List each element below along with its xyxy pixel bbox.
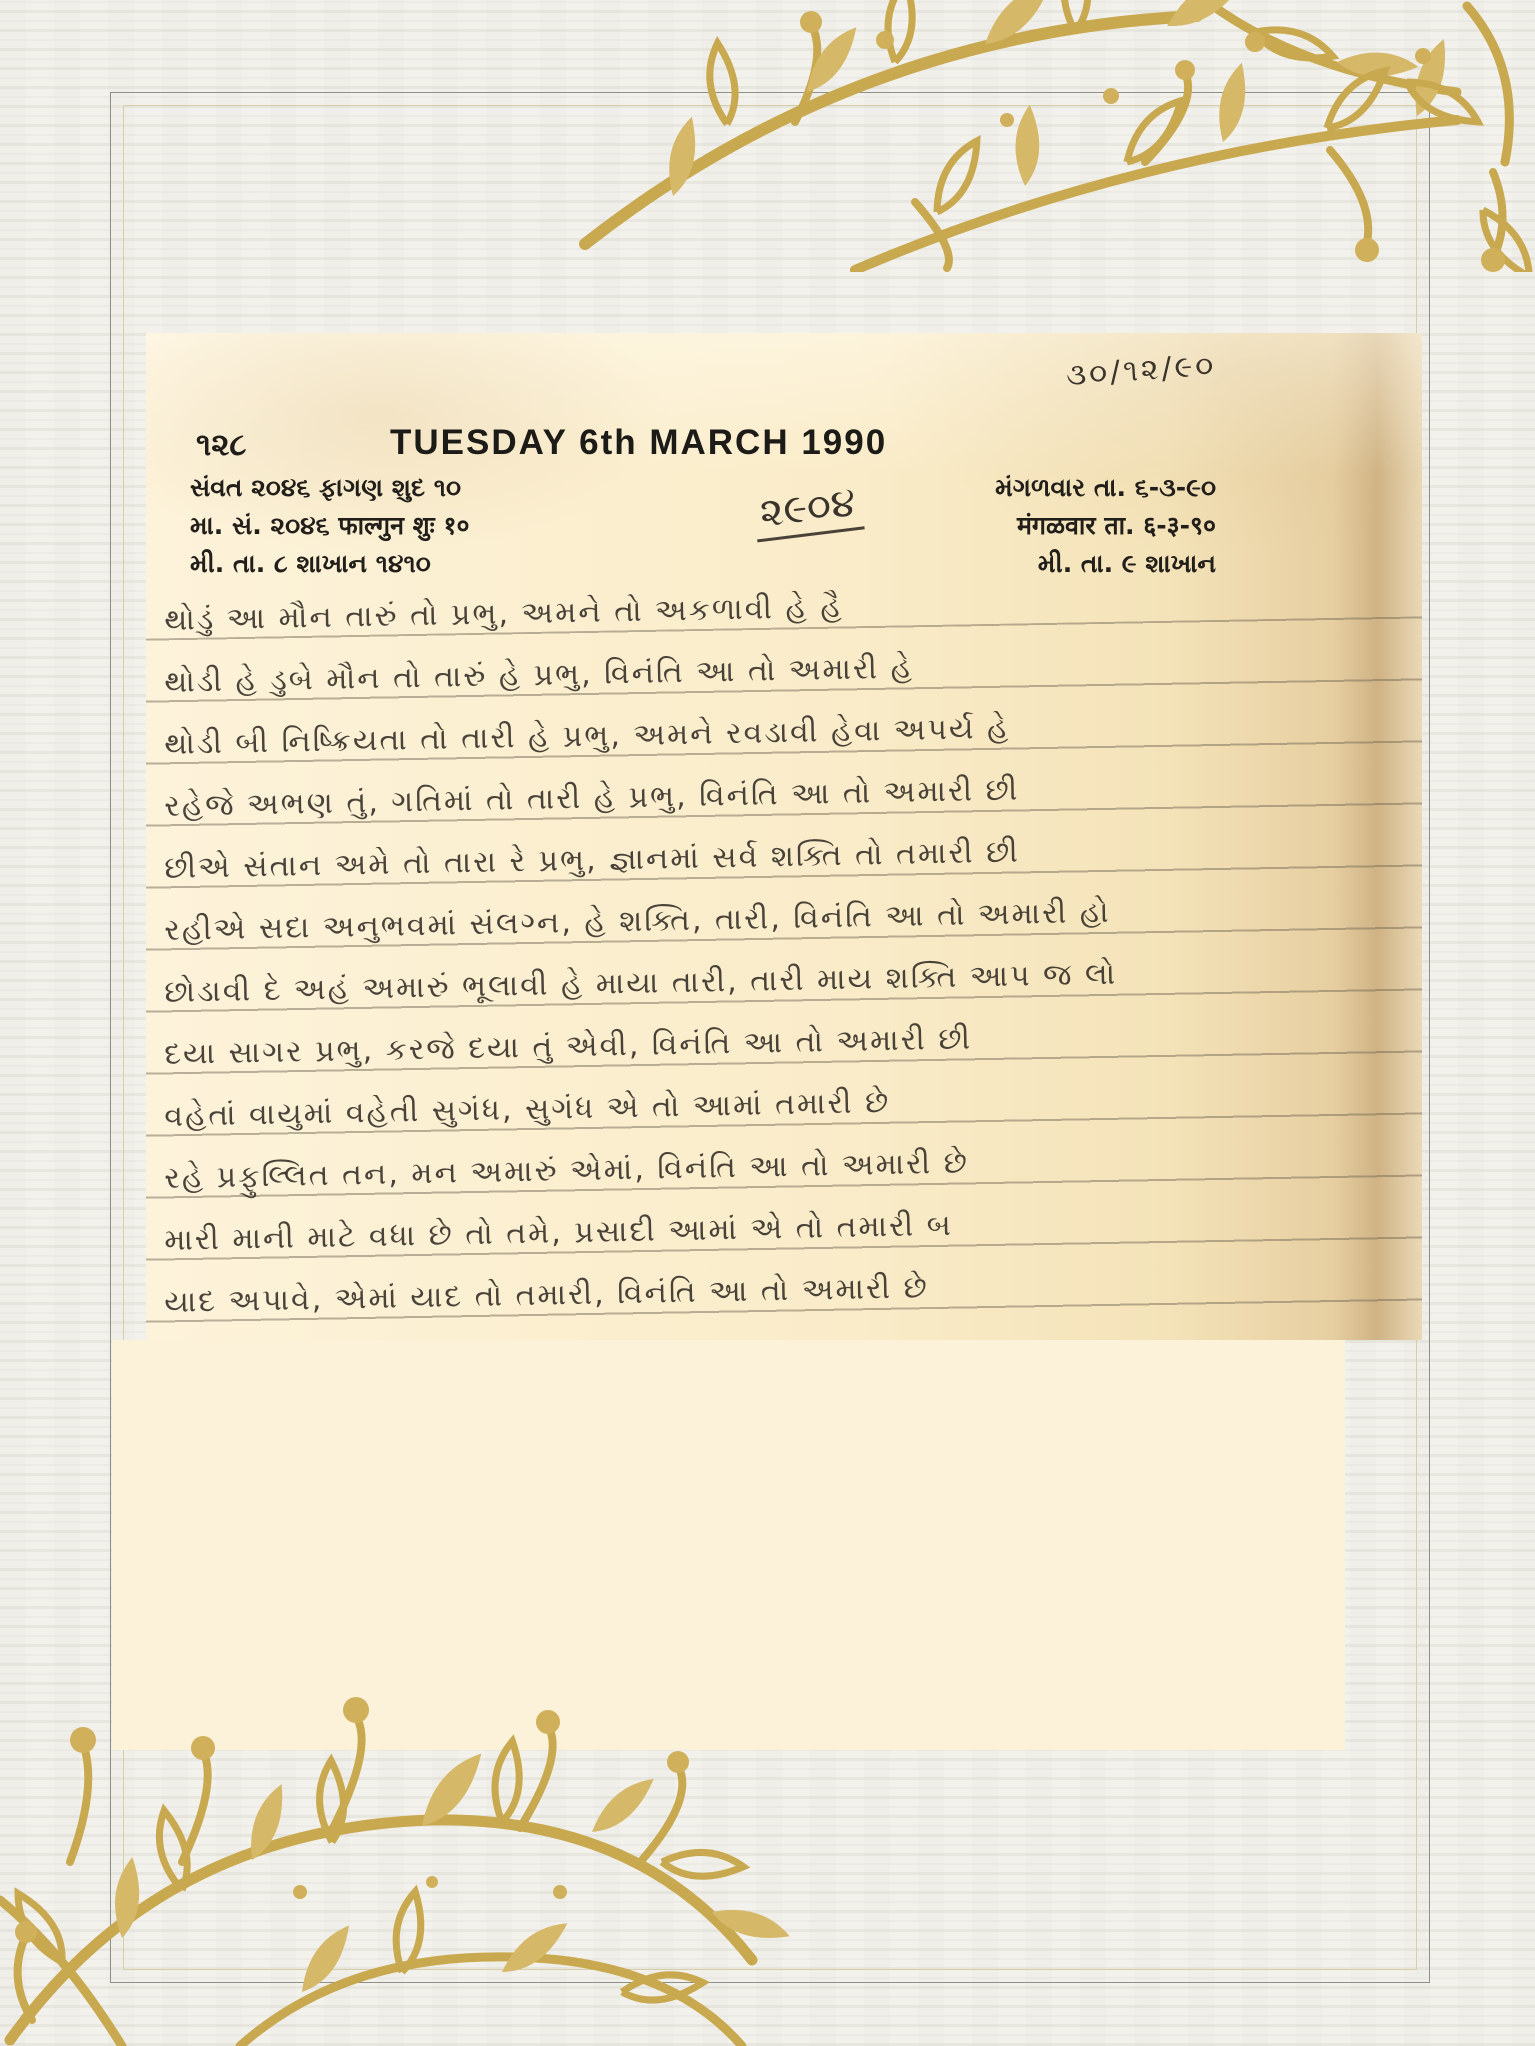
shaka-date: મા. સં. ૨૦૪૬ फाल्गुन शुः १० <box>190 507 469 545</box>
handwritten-ref-number: ૨૯૦૪ <box>751 479 864 543</box>
weekday-date-gujarati: મંગળવાર તા. ૬-૩-૯૦ <box>995 469 1216 507</box>
samvat-date: સંવત ૨૦૪૬ ફાગણ શુદ ૧૦ <box>190 469 469 507</box>
hijri-date-left: મી. તા. ૮ શાખાન ૧૪૧૦ <box>190 545 469 583</box>
blank-paper-block <box>112 1340 1345 1750</box>
handwritten-corner-date: ૩૦/૧૨/૯૦ <box>1065 348 1217 393</box>
page-number: ૧૨૮ <box>196 427 246 464</box>
calendar-dates-left: સંવત ૨૦૪૬ ફાગણ શુદ ૧૦ મા. સં. ૨૦૪૬ फाल्ग… <box>190 469 469 583</box>
diary-page-scan: ૩૦/૧૨/૯૦ ૧૨૮ TUESDAY 6th MARCH 1990 સંવત… <box>146 333 1422 1340</box>
weekday-date-devanagari: मंगळवार ता. ६-३-९० <box>995 507 1216 545</box>
diary-scrapbook-page: { "document": { "corner_note": "૩૦/૧૨/૯૦… <box>0 0 1535 2046</box>
calendar-dates-right: મંગળવાર તા. ૬-૩-૯૦ मंगळवार ता. ६-३-९० મી… <box>995 469 1216 583</box>
hijri-date-right: મી. તા. ૯ શાખાન <box>995 545 1216 583</box>
page-title: TUESDAY 6th MARCH 1990 <box>390 423 990 463</box>
